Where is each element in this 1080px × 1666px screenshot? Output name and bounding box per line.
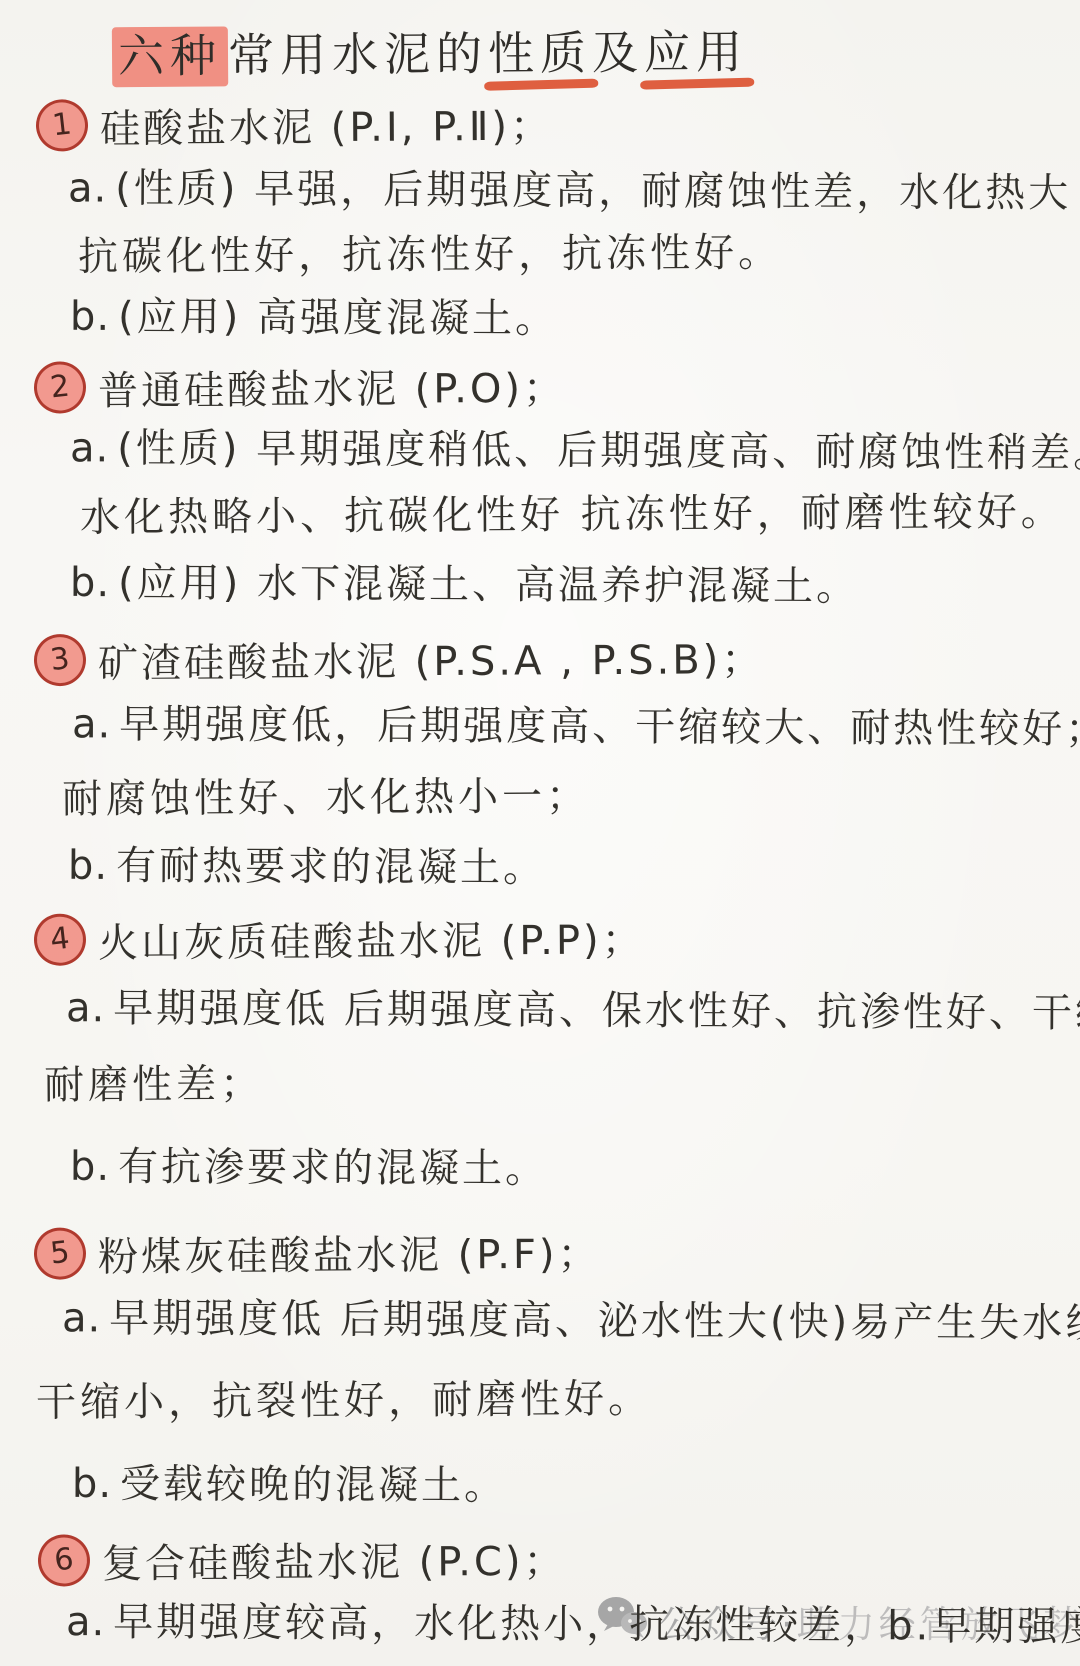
line-text: 耐磨性差； [44,1061,264,1108]
line-text: 干缩小，抗裂性好，耐磨性好。 [36,1376,652,1426]
note-line: 6复合硅酸盐水泥 (P.C)； [38,1531,567,1589]
section-number-badge: 2 [31,359,88,416]
note-line: b.(应用) 高强度混凝土。 [70,292,558,345]
note-line: a.早期强度低 后期强度高、保水性好、抗渗性好、干缩大 [66,983,1080,1039]
line-text: (性质) 早强，后期强度高，耐腐蚀性差，水化热大 [115,166,1071,217]
note-line: 干缩小，抗裂性好，耐磨性好。 [36,1374,652,1428]
section-number-badge: 6 [35,1532,92,1589]
title-text-1: 常用水泥的 [228,27,488,83]
line-text: 早期强度低 后期强度高、泌水性大(快)易产生失水纹 [109,1296,1080,1347]
handwritten-notes-page: { "title": { "highlight": "六种", "part1":… [0,0,1080,1666]
line-text: 耐腐蚀性好、水化热小一； [62,773,590,822]
title-underline-2: 应用 [644,16,748,83]
note-line: 3矿渣硅酸盐水泥 (P.S.A , P.S.B)； [34,630,765,690]
line-text: 硅酸盐水泥 (P.Ⅰ, P.Ⅱ)； [100,104,553,153]
list-marker: b. [72,1459,112,1509]
line-text: 早期强度较高，水化热小，抗冻性较差，b.早期强度要求较 [113,1599,1080,1651]
note-line: 耐腐蚀性好、水化热小一； [62,771,590,824]
note-line: a.早期强度低，后期强度高、干缩较大、耐热性较好； [72,699,1080,754]
note-line: b.有抗渗要求的混凝土。 [70,1142,548,1195]
section-number-badge: 5 [31,1225,88,1282]
note-line: a.早期强度较高，水化热小，抗冻性较差，b.早期强度要求较 [66,1597,1080,1653]
line-text: 早期强度低 后期强度高、保水性好、抗渗性好、干缩大 [113,985,1080,1036]
note-line: 5粉煤灰硅酸盐水泥 (P.F)； [34,1224,601,1283]
list-marker: b. [70,292,110,342]
list-marker: b. [70,558,110,608]
note-line: 抗碳化性好，抗冻性好，抗冻性好。 [78,228,782,282]
note-line: b.有耐热要求的混凝土。 [68,841,546,894]
note-line: 耐磨性差； [44,1059,264,1110]
line-text: 早期强度低，后期强度高、干缩较大、耐热性较好； [119,702,1080,753]
line-text: 矿渣硅酸盐水泥 (P.S.A , P.S.B)； [98,637,765,687]
note-line: 2普通硅酸盐水泥 (P.O)； [34,358,566,416]
line-text: (性质) 早期强度稍低、后期强度高、耐腐蚀性稍差。 [117,426,1080,477]
list-marker: a. [70,423,109,473]
list-marker: a. [66,1597,105,1647]
line-text: 粉煤灰硅酸盐水泥 (P.F)； [98,1232,601,1281]
note-line: 水化热略小、抗碳化性好 抗冻性好，耐磨性较好。 [80,487,1065,543]
section-number-badge: 3 [31,631,88,688]
line-text: (应用) 高强度混凝土。 [118,294,558,342]
page-title: 六种常用水泥的性质及应用 [112,16,748,86]
list-marker: a. [66,983,105,1033]
line-text: (应用) 水下混凝土、高温养护混凝土。 [118,560,859,610]
line-text: 抗碳化性好，抗冻性好，抗冻性好。 [78,230,782,280]
note-line: a.(性质) 早期强度稍低、后期强度高、耐腐蚀性稍差。 [70,423,1080,478]
title-highlight: 六种 [112,26,228,87]
line-text: 火山灰质硅酸盐水泥 (P.P)； [98,917,645,966]
list-marker: b. [68,841,108,891]
line-text: 有耐热要求的混凝土。 [116,843,546,891]
line-text: 普通硅酸盐水泥 (P.O)； [98,366,566,415]
note-line: 1硅酸盐水泥 (P.Ⅰ, P.Ⅱ)； [36,96,553,154]
list-marker: b. [70,1142,110,1192]
section-number-badge: 4 [31,911,88,968]
title-underline-1: 性质 [488,17,592,84]
note-line: 4火山灰质硅酸盐水泥 (P.P)； [34,910,645,969]
line-text: 受载较晚的混凝土。 [120,1461,507,1509]
list-marker: a. [62,1293,101,1343]
line-text: 水化热略小、抗碳化性好 抗冻性好，耐磨性较好。 [80,489,1065,541]
title-text-2: 及 [592,26,644,80]
list-marker: a. [68,163,107,213]
line-text: 有抗渗要求的混凝土。 [118,1144,548,1192]
section-number-badge: 1 [33,97,90,154]
note-line: b.受载较晚的混凝土。 [72,1459,507,1511]
note-line: b.(应用) 水下混凝土、高温养护混凝土。 [70,558,859,612]
list-marker: a. [72,699,111,749]
line-text: 复合硅酸盐水泥 (P.C)； [102,1539,567,1588]
note-line: a.早期强度低 后期强度高、泌水性大(快)易产生失水纹 [62,1293,1080,1348]
note-line: a.(性质) 早强，后期强度高，耐腐蚀性差，水化热大 [68,163,1071,218]
